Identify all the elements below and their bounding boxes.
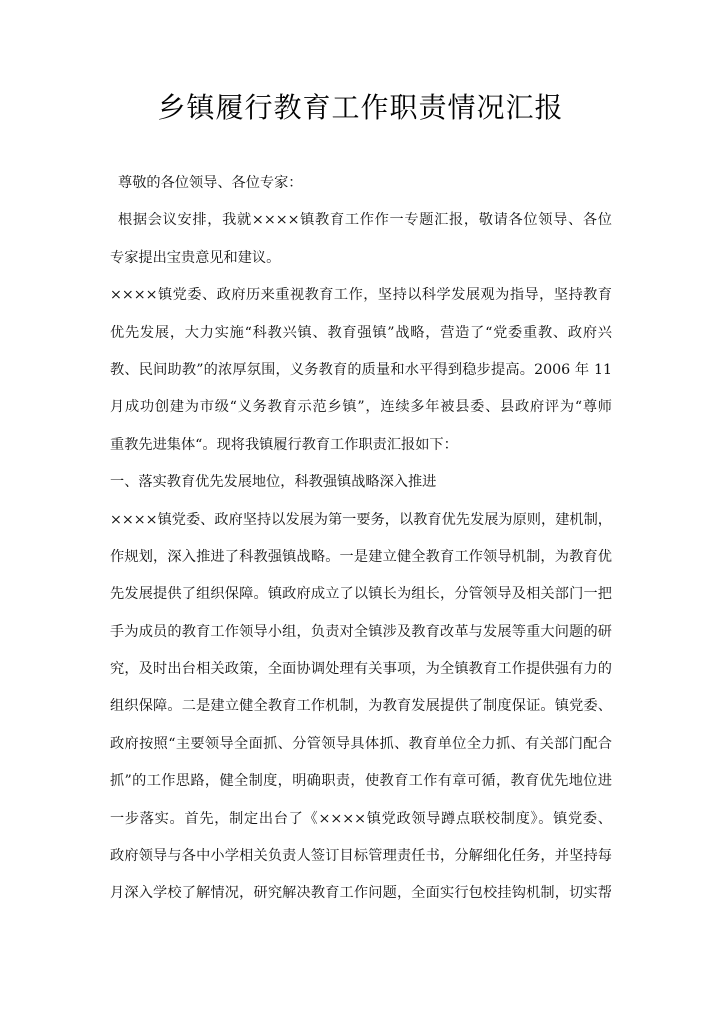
text-line: 尊敬的各位领导、各位专家：	[110, 165, 612, 202]
text-line: 教、民间助教”的浓厚氛围，义务教育的质量和水平得到稳步提高。2006 年 11	[110, 352, 612, 389]
text-line: 月深入学校了解情况，研究解决教育工作问题，全面实行包校挂钩机制，切实帮	[110, 875, 612, 912]
text-line: 政府领导与各中小学相关负责人签订目标管理责任书，分解细化任务，并坚持每	[110, 838, 612, 875]
document-title: 乡镇履行教育工作职责情况汇报	[0, 88, 721, 128]
text-line: 一、落实教育优先发展地位，科教强镇战略深入推进	[110, 464, 612, 501]
text-line: 手为成员的教育工作领导小组，负责对全镇涉及教育改革与发展等重大问题的研	[110, 614, 612, 651]
document-body: 尊敬的各位领导、各位专家：根据会议安排，我就××××镇教育工作作一专题汇报，敬请…	[110, 165, 612, 913]
text-line: 究，及时出台相关政策，全面协调处理有关事项，为全镇教育工作提供强有力的	[110, 651, 612, 688]
text-line: 组织保障。二是建立健全教育工作机制，为教育发展提供了制度保证。镇党委、	[110, 688, 612, 725]
text-line: 政府按照“主要领导全面抓、分管领导具体抓、教育单位全力抓、有关部门配合	[110, 726, 612, 763]
text-line: 月成功创建为市级“义务教育示范乡镇”，连续多年被县委、县政府评为“尊师	[110, 389, 612, 426]
text-line: 根据会议安排，我就××××镇教育工作作一专题汇报，敬请各位领导、各位	[110, 202, 612, 239]
text-line: 一步落实。首先，制定出台了《××××镇党政领导蹲点联校制度》。镇党委、	[110, 801, 612, 838]
text-line: 先发展提供了组织保障。镇政府成立了以镇长为组长，分管领导及相关部门一把	[110, 576, 612, 613]
text-line: 作规划，深入推进了科教强镇战略。一是建立健全教育工作领导机制，为教育优	[110, 539, 612, 576]
text-line: 重教先进集体“。现将我镇履行教育工作职责汇报如下：	[110, 427, 612, 464]
text-line: 专家提出宝贵意见和建议。	[110, 240, 612, 277]
text-line: ××××镇党委、政府坚持以发展为第一要务，以教育优先发展为原则，建机制，	[110, 502, 612, 539]
text-line: ××××镇党委、政府历来重视教育工作，坚持以科学发展观为指导，坚持教育	[110, 277, 612, 314]
text-line: 优先发展，大力实施“科教兴镇、教育强镇”战略，营造了“党委重教、政府兴	[110, 315, 612, 352]
text-line: 抓”的工作思路，健全制度，明确职责，使教育工作有章可循，教育优先地位进	[110, 763, 612, 800]
document-page: 乡镇履行教育工作职责情况汇报 尊敬的各位领导、各位专家：根据会议安排，我就×××…	[0, 0, 721, 1020]
